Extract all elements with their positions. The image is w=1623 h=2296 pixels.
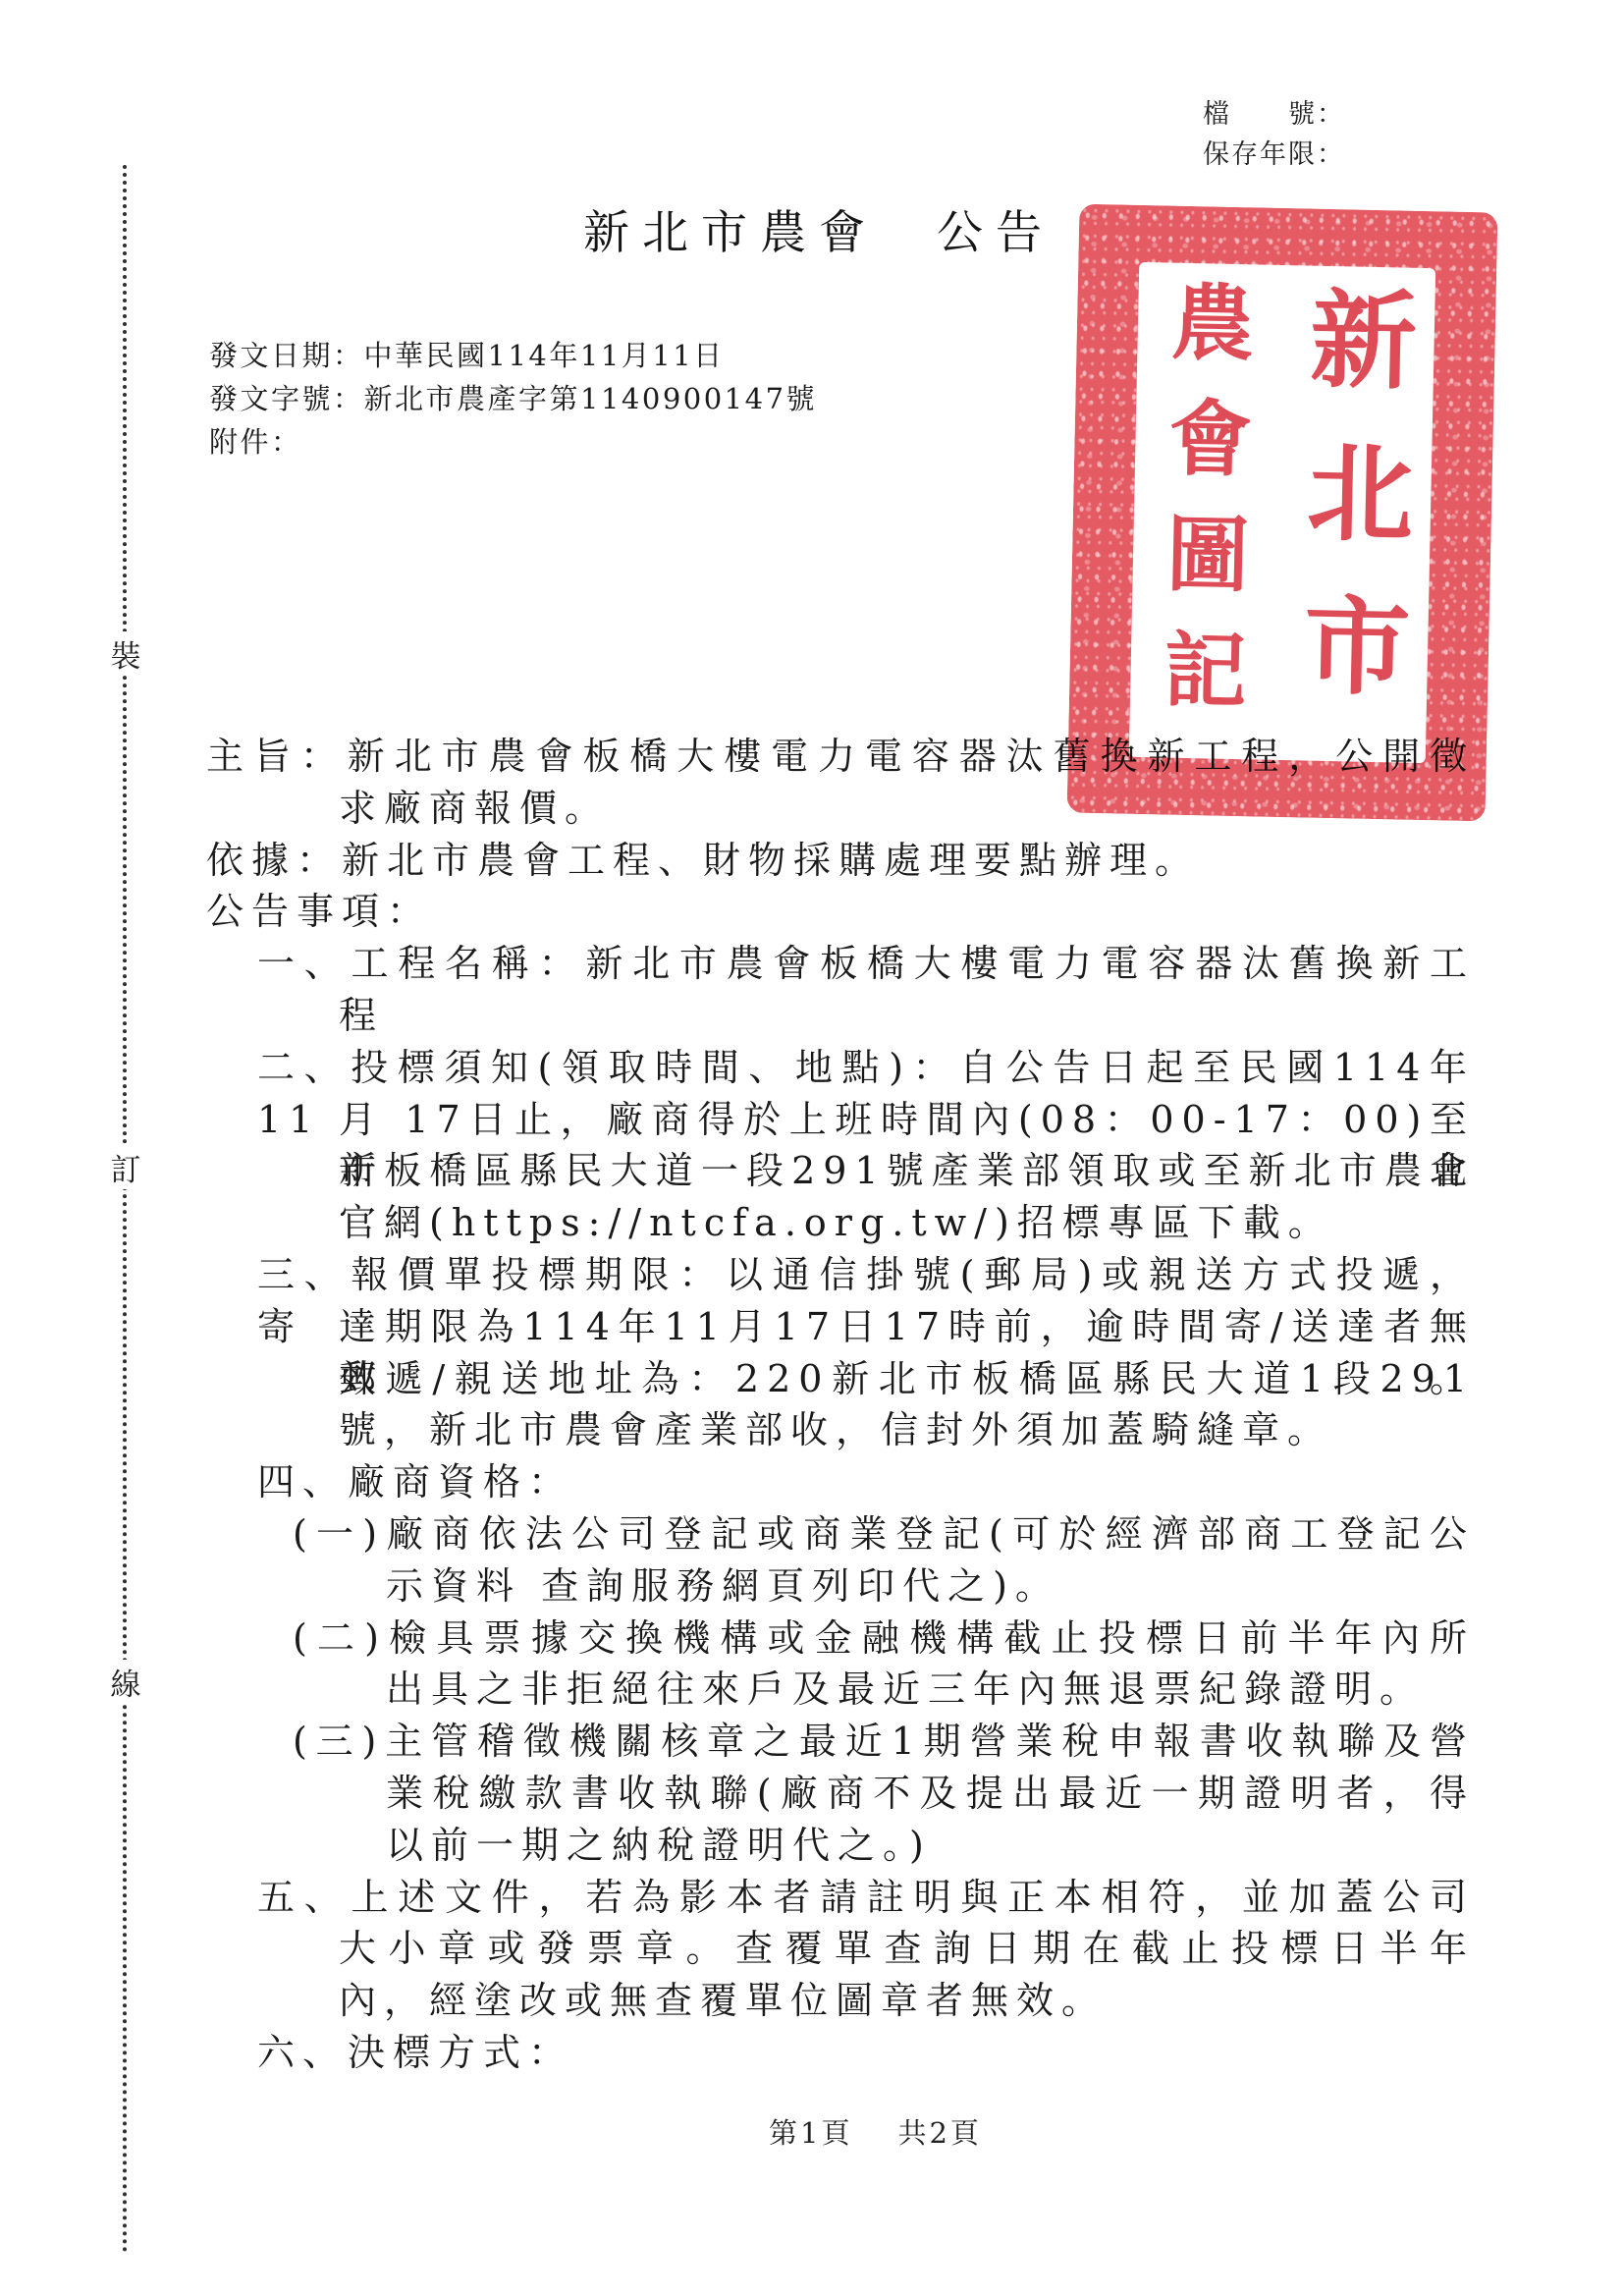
item4-sub1-line-1: (一)廠商依法公司登記或商業登記(可於經濟部商工登記公 bbox=[206, 1508, 1475, 1560]
binding-mark-ding: 訂 bbox=[100, 1145, 151, 1189]
page-footer: 第1頁共2頁 bbox=[769, 2111, 982, 2152]
item2-line-2: 月 17日止，廠商得於上班時間內(08：00-17：00)至新北 bbox=[206, 1094, 1475, 1146]
seal-text-right-column: 新北市 bbox=[1293, 283, 1409, 744]
attachment-label: 附件： bbox=[209, 425, 302, 459]
document-page: 裝 訂 線 檔 號： 保存年限： 新北市農會 公告 發文日期：中華民國114年1… bbox=[0, 0, 1623, 2296]
item3-line-1: 三、報價單投標期限：以通信掛號(郵局)或親送方式投遞，寄 bbox=[206, 1249, 1475, 1301]
binding-mark-xian: 線 bbox=[100, 1660, 151, 1704]
doc-number-label: 發文字號： bbox=[209, 382, 364, 415]
seal-text-left-column: 農會圖記 bbox=[1157, 278, 1249, 743]
page-title: 新北市農會 公告 bbox=[583, 196, 1055, 262]
attachment-row: 附件： bbox=[209, 420, 817, 464]
item6-heading: 六、決標方式： bbox=[206, 2027, 1475, 2079]
issue-date-value: 中華民國114年11月11日 bbox=[364, 339, 725, 372]
issue-date-label: 發文日期： bbox=[209, 339, 364, 372]
item4-sub3-line-3: 以前一期之納稅證明代之。) bbox=[206, 1820, 1475, 1872]
item4-sub3-line-2: 業稅繳款書收執聯(廠商不及提出最近一期證明者，得 bbox=[206, 1768, 1475, 1820]
item1-line-2: 程 bbox=[206, 990, 1475, 1042]
item4-sub2-line-1: (二)檢具票據交換機構或金融機構截止投標日前半年內所 bbox=[206, 1613, 1475, 1665]
binding-mark-zhuang: 裝 bbox=[100, 631, 151, 676]
item3-line-4: 號，新北市農會產業部收，信封外須加蓋騎縫章。 bbox=[206, 1404, 1475, 1456]
issue-date-row: 發文日期：中華民國114年11月11日 bbox=[209, 334, 817, 377]
file-number-block: 檔 號： 保存年限： bbox=[1203, 94, 1345, 175]
item1-line-1: 一、工程名稱：新北市農會板橋大樓電力電容器汰舊換新工 bbox=[206, 938, 1475, 990]
official-seal-inner: 農會圖記 新北市 bbox=[1129, 262, 1435, 763]
file-no-label: 檔 號： bbox=[1203, 94, 1345, 135]
item5-line-2: 大小章或發票章。查覆單查詢日期在截止投標日半年 bbox=[206, 1923, 1475, 1975]
doc-number-row: 發文字號：新北市農產字第1140900147號 bbox=[209, 377, 817, 420]
item4-heading: 四、廠商資格： bbox=[206, 1456, 1475, 1508]
item5-line-1: 五、上述文件，若為影本者請註明與正本相符，並加蓋公司 bbox=[206, 1872, 1475, 1924]
item5-line-3: 內，經塗改或無查覆單位圖章者無效。 bbox=[206, 1975, 1475, 2027]
item3-line-3: 郵遞/親送地址為：220新北市板橋區縣民大道1段291 bbox=[206, 1353, 1475, 1405]
binding-dotted-line bbox=[123, 165, 127, 2254]
doc-meta: 發文日期：中華民國114年11月11日 發文字號：新北市農產字第11409001… bbox=[209, 334, 817, 464]
item3-line-2: 達期限為114年11月17日17時前，逾時間寄/送達者無效。 bbox=[206, 1301, 1475, 1353]
items-heading: 公告事項： bbox=[206, 886, 1475, 938]
doc-body: 主旨：新北市農會板橋大樓電力電容器汰舊換新工程，公開徵 求廠商報價。 依據：新北… bbox=[206, 731, 1475, 2079]
item2-line-4: 官網(https://ntcfa.org.tw/)招標專區下載。 bbox=[206, 1197, 1475, 1249]
doc-number-value: 新北市農產字第1140900147號 bbox=[364, 382, 818, 415]
item4-sub2-line-2: 出具之非拒絕往來戶及最近三年內無退票紀錄證明。 bbox=[206, 1664, 1475, 1716]
item4-sub1-line-2: 示資料 查詢服務網頁列印代之)。 bbox=[206, 1560, 1475, 1613]
official-seal: 農會圖記 新北市 bbox=[1067, 204, 1498, 822]
page-total: 共2頁 bbox=[897, 2116, 981, 2150]
retention-label: 保存年限： bbox=[1203, 135, 1345, 175]
item2-line-3: 市板橋區縣民大道一段291號產業部領取或至新北市農會 bbox=[206, 1145, 1475, 1197]
basis-line: 依據：新北市農會工程、財物採購處理要點辦理。 bbox=[206, 835, 1475, 887]
item4-sub3-line-1: (三)主管稽徵機關核章之最近1期營業稅申報書收執聯及營 bbox=[206, 1716, 1475, 1768]
item2-line-1: 二、投標須知(領取時間、地點)：自公告日起至民國114年 11 bbox=[206, 1042, 1475, 1094]
page-number: 第1頁 bbox=[769, 2116, 852, 2150]
